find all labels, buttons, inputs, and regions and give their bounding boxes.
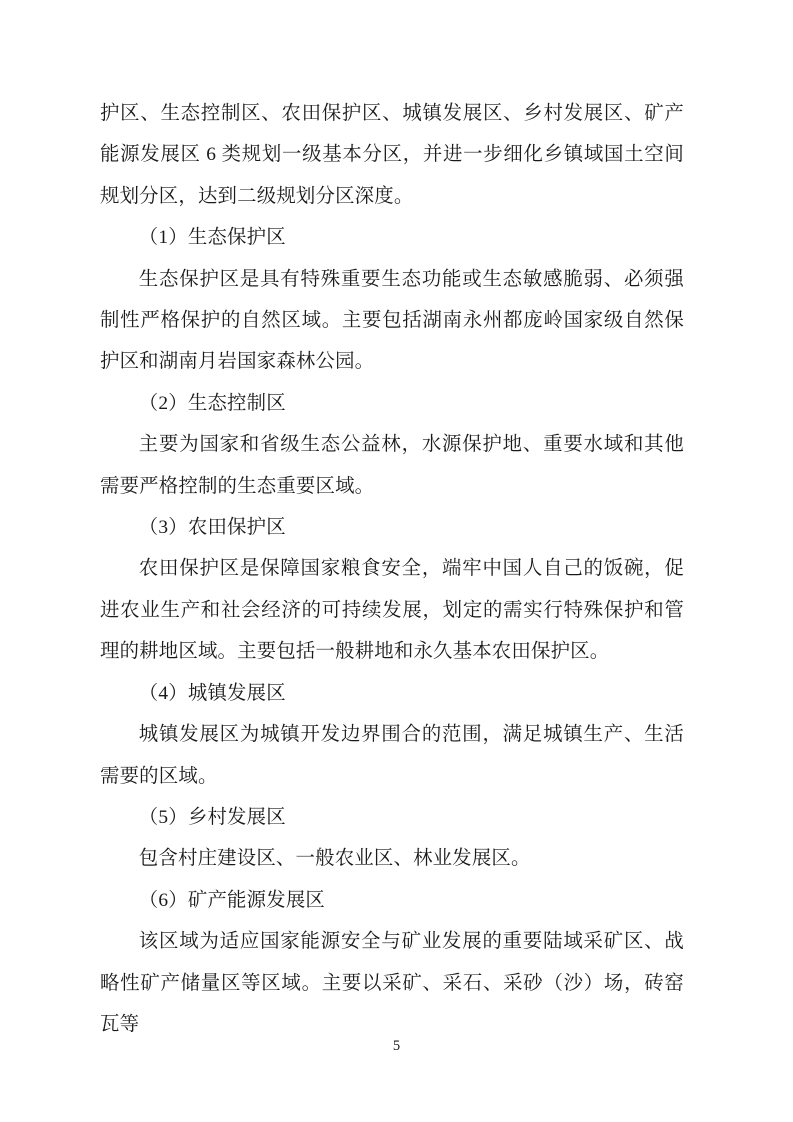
paragraph: 主要为国家和省级生态公益林，水源保护地、重要水域和其他需要严格控制的生态重要区域…	[100, 424, 684, 507]
paragraph: 护区、生态控制区、农田保护区、城镇发展区、乡村发展区、矿产能源发展区 6 类规划…	[100, 93, 684, 217]
section-heading: （2）生态控制区	[100, 383, 684, 424]
section-heading: （5）乡村发展区	[100, 797, 684, 838]
document-page: 护区、生态控制区、农田保护区、城镇发展区、乡村发展区、矿产能源发展区 6 类规划…	[0, 0, 793, 1122]
paragraph: 该区域为适应国家能源安全与矿业发展的重要陆域采矿区、战略性矿产储量区等区域。主要…	[100, 921, 684, 1045]
paragraph: 包含村庄建设区、一般农业区、林业发展区。	[100, 838, 684, 879]
section-heading: （1）生态保护区	[100, 217, 684, 258]
paragraph: 城镇发展区为城镇开发边界围合的范围，满足城镇生产、生活需要的区域。	[100, 714, 684, 797]
page-number: 5	[0, 1036, 793, 1056]
paragraph: 农田保护区是保障国家粮食安全，端牢中国人自己的饭碗，促进农业生产和社会经济的可持…	[100, 548, 684, 672]
section-heading: （3）农田保护区	[100, 507, 684, 548]
section-heading: （6）矿产能源发展区	[100, 880, 684, 921]
paragraph: 生态保护区是具有特殊重要生态功能或生态敏感脆弱、必须强制性严格保护的自然区域。主…	[100, 259, 684, 383]
section-heading: （4）城镇发展区	[100, 673, 684, 714]
page-body-text: 护区、生态控制区、农田保护区、城镇发展区、乡村发展区、矿产能源发展区 6 类规划…	[100, 93, 684, 1045]
